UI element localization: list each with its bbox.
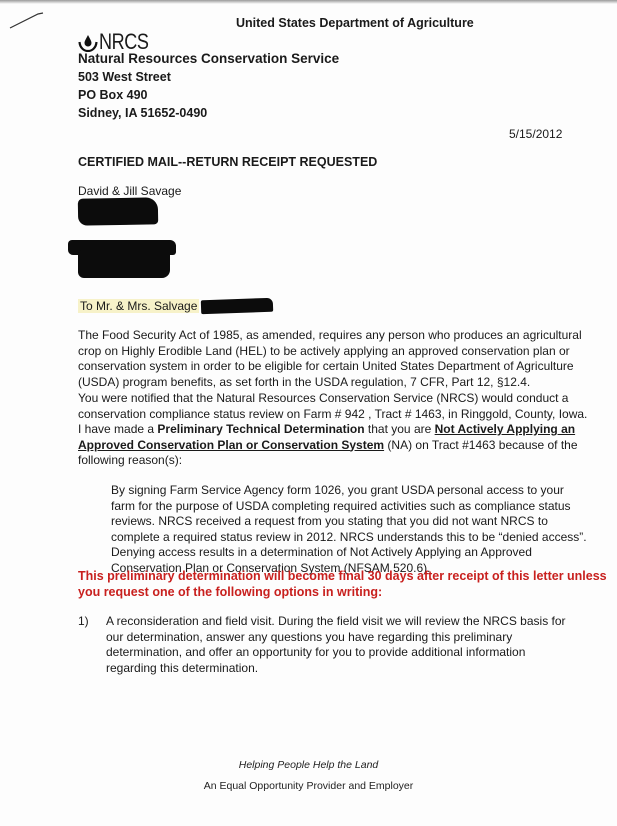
option-text: A reconsideration and field visit. Durin… bbox=[106, 614, 576, 676]
redaction-mark bbox=[201, 298, 273, 315]
water-drop-in-hand-icon bbox=[78, 32, 98, 52]
preliminary-determination-emphasis: Preliminary Technical Determination bbox=[157, 422, 364, 436]
address-line: PO Box 490 bbox=[78, 86, 339, 104]
agency-name: United States Department of Agriculture bbox=[236, 16, 474, 30]
certified-mail-notice: CERTIFIED MAIL--RETURN RECEIPT REQUESTED bbox=[78, 155, 377, 169]
option-number: 1) bbox=[78, 614, 106, 676]
address-line: Sidney, IA 51652-0490 bbox=[78, 104, 339, 122]
pen-mark-icon bbox=[8, 10, 48, 30]
redaction-mark bbox=[78, 197, 158, 225]
text-span: that you are bbox=[365, 422, 435, 436]
letter-date: 5/15/2012 bbox=[509, 127, 562, 141]
paragraph-determination: You were notified that the Natural Resou… bbox=[78, 391, 588, 469]
scan-edge-shadow bbox=[0, 0, 617, 4]
nrcs-logo: NRCS bbox=[78, 30, 159, 52]
paragraph-hel-requirement: The Food Security Act of 1985, as amende… bbox=[78, 328, 588, 390]
salutation: To Mr. & Mrs. Salvage bbox=[78, 299, 273, 313]
redaction-mark bbox=[78, 250, 170, 278]
reason-paragraph: By signing Farm Service Agency form 1026… bbox=[111, 483, 589, 576]
footer-eeo-statement: An Equal Opportunity Provider and Employ… bbox=[0, 780, 617, 792]
logo-text: NRCS bbox=[99, 32, 148, 52]
recipient-name: David & Jill Savage bbox=[78, 184, 181, 198]
address-line: 503 West Street bbox=[78, 68, 339, 86]
sender-address: Natural Resources Conservation Service 5… bbox=[78, 50, 339, 122]
option-item: 1) A reconsideration and field visit. Du… bbox=[78, 614, 598, 676]
final-determination-warning: This preliminary determination will beco… bbox=[78, 568, 608, 600]
salutation-text: To Mr. & Mrs. Salvage bbox=[78, 299, 199, 313]
organization-name: Natural Resources Conservation Service bbox=[78, 50, 339, 68]
footer-tagline: Helping People Help the Land bbox=[0, 759, 617, 771]
